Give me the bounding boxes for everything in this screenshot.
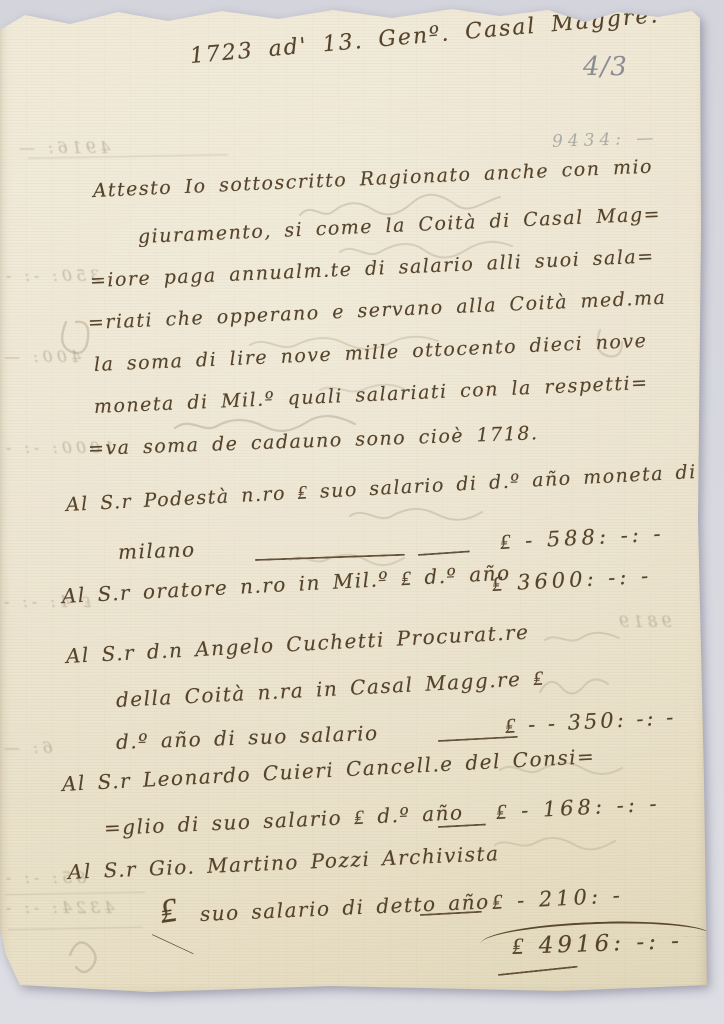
bleedthrough-amount: 9819 xyxy=(615,612,672,631)
paragraph-line: =riati che opperano e servano alla Coità… xyxy=(88,287,667,334)
entry-amount: ₤ - 588: -: - xyxy=(499,521,665,555)
entry-line: =glio di suo salario ₤ d.º año xyxy=(103,800,464,841)
entry-line: Al S.r d.n Angelo Cuchetti Procurat.re xyxy=(65,620,530,668)
paragraph-line: la soma di lire nove mille ottocento die… xyxy=(94,330,648,376)
entry-line: d.º año di suo salario xyxy=(116,721,379,754)
bleedthrough-amount: 4916: — xyxy=(15,138,110,157)
bleedthrough-amount: 4324: -: - xyxy=(2,898,114,917)
paragraph-line: giuramento, si come la Coità di Casal Ma… xyxy=(138,203,662,248)
entry-line: Al S.r Gio. Martino Pozzi Archivista xyxy=(67,841,499,884)
scanned-document: 4916: — 9434: — 350: -: - 400: — 1000: -… xyxy=(0,0,724,1024)
entry-amount: ₤ - - 350: -: - xyxy=(504,705,677,739)
pencil-sum-note: 9434: — xyxy=(552,128,659,152)
paragraph-line: Attesto Io sottoscritto Ragionato anche … xyxy=(93,156,654,202)
entry-line: milano xyxy=(118,537,196,564)
dash-rule xyxy=(255,554,405,561)
dash-rule xyxy=(418,550,470,556)
paragraph-line: =iore paga annualm.te di salario alli su… xyxy=(90,245,656,292)
entry-amount: ₤ 3600: -: - xyxy=(491,564,652,597)
entry-line: Al S.r oratore n.ro in Mil.º ₤ d.º año xyxy=(61,561,511,609)
bleedthrough-amount: 400: — xyxy=(0,347,81,366)
bleedthrough-rule xyxy=(8,927,143,930)
entry-line: Al S.r Podestà n.ro ₤ suo salario di d.º… xyxy=(65,461,697,517)
entry-amount: ₤ - 210: - xyxy=(491,883,624,915)
entry-amount: ₤ - 168: -: - xyxy=(495,791,661,825)
bleedthrough-rule xyxy=(5,892,145,895)
manuscript-page: 4916: — 9434: — 350: -: - 400: — 1000: -… xyxy=(0,0,712,1000)
lira-sign: ₤ xyxy=(157,890,179,932)
paper-shadow: 4916: — 9434: — 350: -: - 400: — 1000: -… xyxy=(0,0,724,1024)
entry-line: della Coità n.ra in Casal Magg.re ₤ xyxy=(115,666,545,713)
total-flourish xyxy=(498,966,578,976)
paragraph-line: =va soma de cadauno sono cioè 1718. xyxy=(88,422,539,460)
folio-number: 4/3 xyxy=(583,52,628,82)
paragraph-line: moneta di Mil.º quali salariati con la r… xyxy=(94,372,649,418)
bleedthrough-amount: 6: — xyxy=(0,738,53,757)
total-amount: ₤ 4916: -: - xyxy=(512,928,684,960)
entry-line: suo salario di detto año xyxy=(199,889,490,926)
lira-strike xyxy=(152,934,194,954)
bleedthrough-amount: 350: -: - xyxy=(2,266,100,285)
